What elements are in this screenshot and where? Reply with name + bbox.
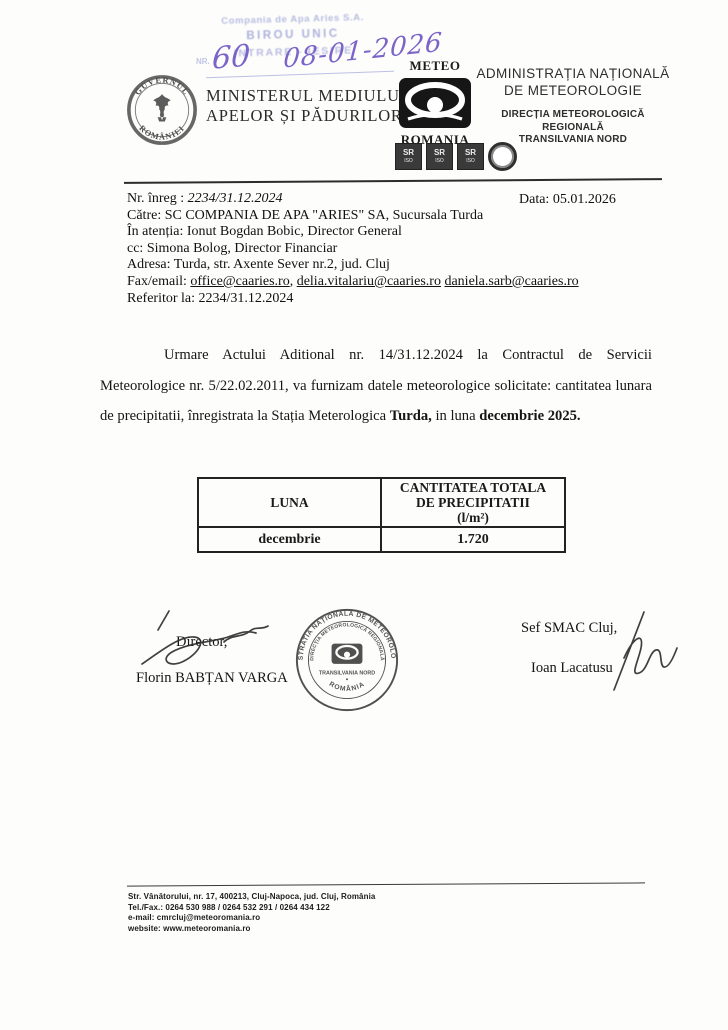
footer-phone: Tel./Fax.: 0264 530 988 / 0264 532 291 /… xyxy=(128,903,375,914)
footer-website: website: www.meteoromania.ro xyxy=(128,924,375,935)
address-line: Adresa: Turda, str. Axente Sever nr.2, j… xyxy=(127,257,672,274)
stamp-bottom-text: ROMÂNIA xyxy=(328,681,367,693)
eagle-emblem-icon xyxy=(153,94,170,121)
header-divider xyxy=(124,178,662,184)
footer-contact-block: Str. Vânătorului, nr. 17, 400213, Cluj-N… xyxy=(128,892,375,934)
table-header-row: LUNA CANTITATEA TOTALA DE PRECIPITATII (… xyxy=(198,478,565,527)
iso-badge-icon: SR ISO xyxy=(457,143,484,170)
meteo-logo-top-label: METEO xyxy=(397,58,473,74)
stamp-center-line: TRANSILVANIA NORD xyxy=(319,670,375,676)
government-seal-icon: GUVERNUL ROMÂNIEI xyxy=(126,71,198,149)
svg-text:ROMÂNIA: ROMÂNIA xyxy=(328,681,367,693)
intake-stamp-company: Compania de Apa Aries S.A. xyxy=(197,12,387,28)
handwritten-registration-number: 60 xyxy=(211,38,251,77)
footer-address: Str. Vânătorului, nr. 17, 400213, Cluj-N… xyxy=(128,892,375,903)
column-header-luna: LUNA xyxy=(198,478,381,527)
iso-badge-icon: SR ISO xyxy=(426,143,453,170)
right-signature-name: Ioan Lacatusu xyxy=(531,660,613,677)
right-signature-mark xyxy=(604,604,682,696)
reference-line: Referitor la: 2234/31.12.2024 xyxy=(127,291,672,308)
ministry-title: MINISTERUL MEDIULUI, APELOR ȘI PĂDURILOR xyxy=(206,86,411,125)
right-signature-title: Sef SMAC Cluj, xyxy=(521,620,617,637)
column-header-cantitate: CANTITATEA TOTALA DE PRECIPITATII (l/m²) xyxy=(381,478,565,527)
value-cell: 1.720 xyxy=(381,527,565,552)
ministry-line1: MINISTERUL MEDIULUI, xyxy=(206,86,411,106)
left-signature-name: Florin BABȚAN VARGA xyxy=(136,670,288,687)
cert-circle-icon xyxy=(488,142,517,171)
body-paragraph: Urmare Actului Aditional nr. 14/31.12.20… xyxy=(100,340,652,432)
scanned-letter-page: Compania de Apa Aries S.A. BIROU UNIC IN… xyxy=(0,0,728,1030)
cc-line: cc: Simona Bolog, Director Financiar xyxy=(127,241,672,258)
station-name: Turda, xyxy=(390,408,432,424)
administration-header: ADMINISTRAȚIA NAȚIONALĂ DE METEOROLOGIE … xyxy=(476,66,670,147)
round-stamp-icon: ADMINISTRATIA NAȚIONALĂ DE METEOROLOGIE … xyxy=(294,607,400,713)
recipient-block: Nr. înreg : 2234/31.12.2024 Către: SC CO… xyxy=(127,191,672,307)
meteo-romania-logo: METEO ROMANIA xyxy=(397,58,473,148)
attention-line: În atenția: Ionut Bogdan Bobic, Director… xyxy=(127,224,672,241)
iso-badge-icon: SR ISO xyxy=(395,143,422,170)
footer-email: e-mail: cmrcluj@meteoromania.ro xyxy=(128,913,375,924)
certification-badges: SR ISO SR ISO SR ISO xyxy=(395,142,517,171)
intake-stamp-nr-label: NR. xyxy=(196,57,210,66)
month-cell: decembrie xyxy=(198,527,381,552)
direction-line1: DIRECȚIA METEOROLOGICĂ REGIONALĂ xyxy=(476,109,670,134)
email-address: delia.vitalariu@caaries.ro xyxy=(297,274,441,289)
ministry-line2: APELOR ȘI PĂDURILOR xyxy=(206,106,411,126)
email-address: office@caaries.ro xyxy=(190,274,289,289)
precipitation-table: LUNA CANTITATEA TOTALA DE PRECIPITATII (… xyxy=(197,477,566,553)
gov-seal-top-text: GUVERNUL xyxy=(133,75,191,96)
footer-divider xyxy=(127,882,645,886)
registration-number: 2234/31.12.2024 xyxy=(188,191,283,206)
administration-line1: ADMINISTRAȚIA NAȚIONALĂ xyxy=(476,66,670,83)
email-address: daniela.sarb@caaries.ro xyxy=(444,274,578,289)
svg-text:GUVERNUL: GUVERNUL xyxy=(133,75,191,96)
addressee-line: Către: SC COMPANIA DE APA "ARIES" SA, Su… xyxy=(127,208,672,225)
table-row: decembrie 1.720 xyxy=(198,527,565,552)
administration-line2: DE METEOROLOGIE xyxy=(476,83,670,100)
meteo-logo-icon xyxy=(398,77,472,129)
fax-email-line: Fax/email: office@caaries.ro, delia.vita… xyxy=(127,274,672,291)
letter-date: Data: 05.01.2026 xyxy=(519,192,616,208)
report-month: decembrie 2025. xyxy=(479,408,580,424)
